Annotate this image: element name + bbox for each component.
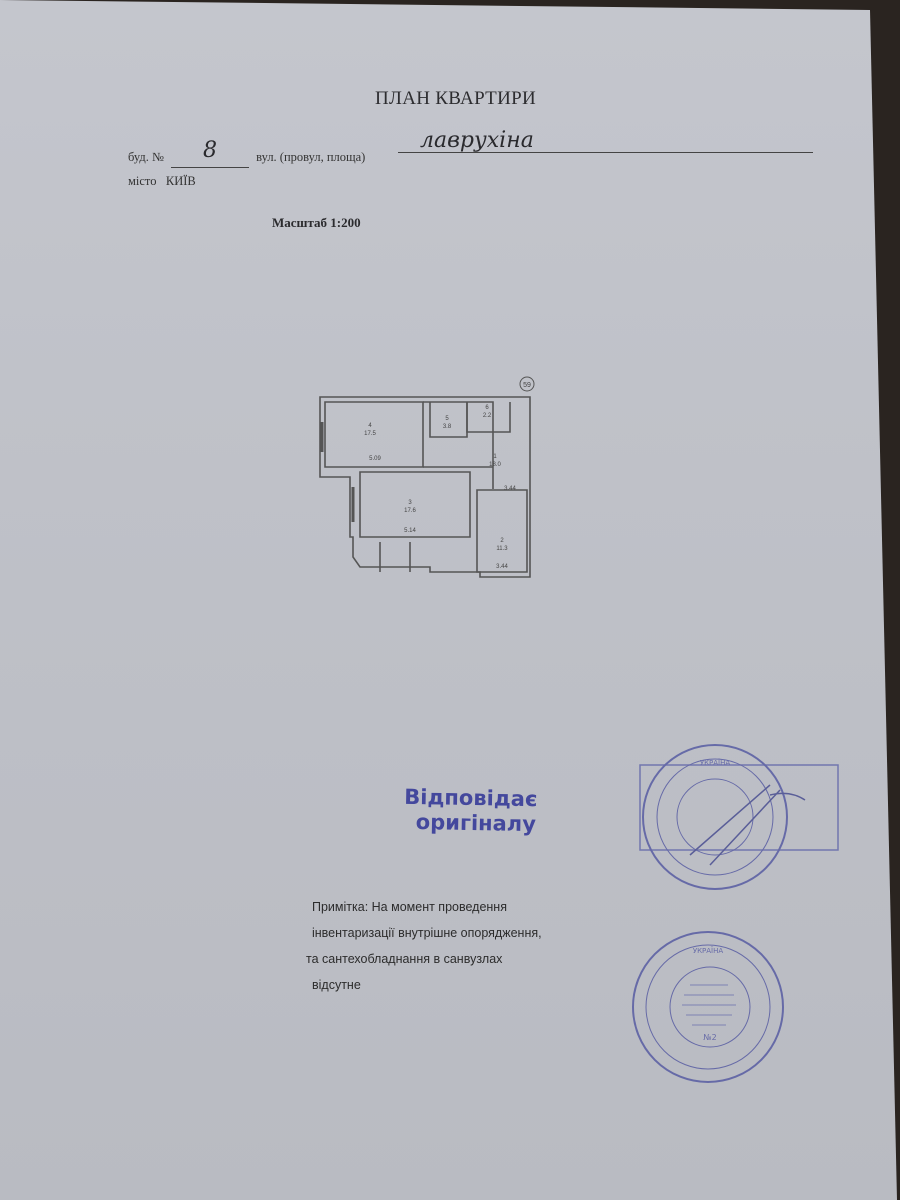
official-seal: УКРАЇНА №2 <box>628 925 798 1095</box>
note-line-4: відсутне <box>312 972 542 998</box>
svg-text:59: 59 <box>523 382 531 389</box>
address-line: буд. № 8 вул. (провул, площа) <box>128 142 365 168</box>
svg-text:11.3: 11.3 <box>496 546 508 552</box>
official-seal-signed: УКРАЇНА <box>620 735 850 900</box>
note-line-3: та сантехобладнання в санвузлах <box>306 946 542 972</box>
certified-copy-stamp: Відповідає оригіналу <box>404 785 538 837</box>
note-line-1: Примітка: На момент проведення <box>312 894 542 920</box>
svg-text:2: 2 <box>500 538 504 544</box>
floor-plan: 59 417.5 5.09 53.8 62.2 118.0 3.44 317.6… <box>305 372 550 582</box>
svg-text:УКРАЇНА: УКРАЇНА <box>693 946 724 955</box>
note-block: Примітка: На момент проведення інвентари… <box>312 894 542 998</box>
svg-text:5.09: 5.09 <box>369 456 381 462</box>
note-line-2: інвентаризації внутрішне опорядження, <box>312 920 542 946</box>
building-label: буд. № <box>128 150 164 164</box>
stamp-line-1: Відповідає <box>404 785 538 812</box>
svg-text:17.5: 17.5 <box>364 431 376 437</box>
city-label: місто <box>128 174 156 188</box>
svg-text:2.2: 2.2 <box>483 413 492 419</box>
svg-text:1: 1 <box>493 454 497 460</box>
city-line: місто КИЇВ <box>128 174 196 189</box>
scale-label: Масштаб 1:200 <box>272 215 361 231</box>
svg-text:3.44: 3.44 <box>496 564 508 570</box>
svg-text:4: 4 <box>368 423 372 429</box>
svg-text:5: 5 <box>445 416 449 422</box>
svg-text:5.14: 5.14 <box>404 528 416 534</box>
building-number: 8 <box>203 138 217 163</box>
svg-text:17.6: 17.6 <box>404 508 416 514</box>
building-number-field: 8 <box>171 142 249 168</box>
svg-text:18.0: 18.0 <box>489 462 501 468</box>
svg-text:6: 6 <box>485 405 489 411</box>
svg-text:3: 3 <box>408 500 412 506</box>
street-label: вул. (провул, площа) <box>256 150 365 164</box>
stamp-line-2: оригіналу <box>404 810 538 837</box>
svg-text:3.8: 3.8 <box>443 424 452 430</box>
svg-text:УКРАЇНА: УКРАЇНА <box>700 758 731 767</box>
svg-text:3.44: 3.44 <box>504 486 516 492</box>
street-value: лаврухіна <box>420 128 900 153</box>
svg-text:№2: №2 <box>703 1033 716 1042</box>
city-value: КИЇВ <box>166 174 196 188</box>
document-title: ПЛАН КВАРТИРИ <box>375 88 536 110</box>
